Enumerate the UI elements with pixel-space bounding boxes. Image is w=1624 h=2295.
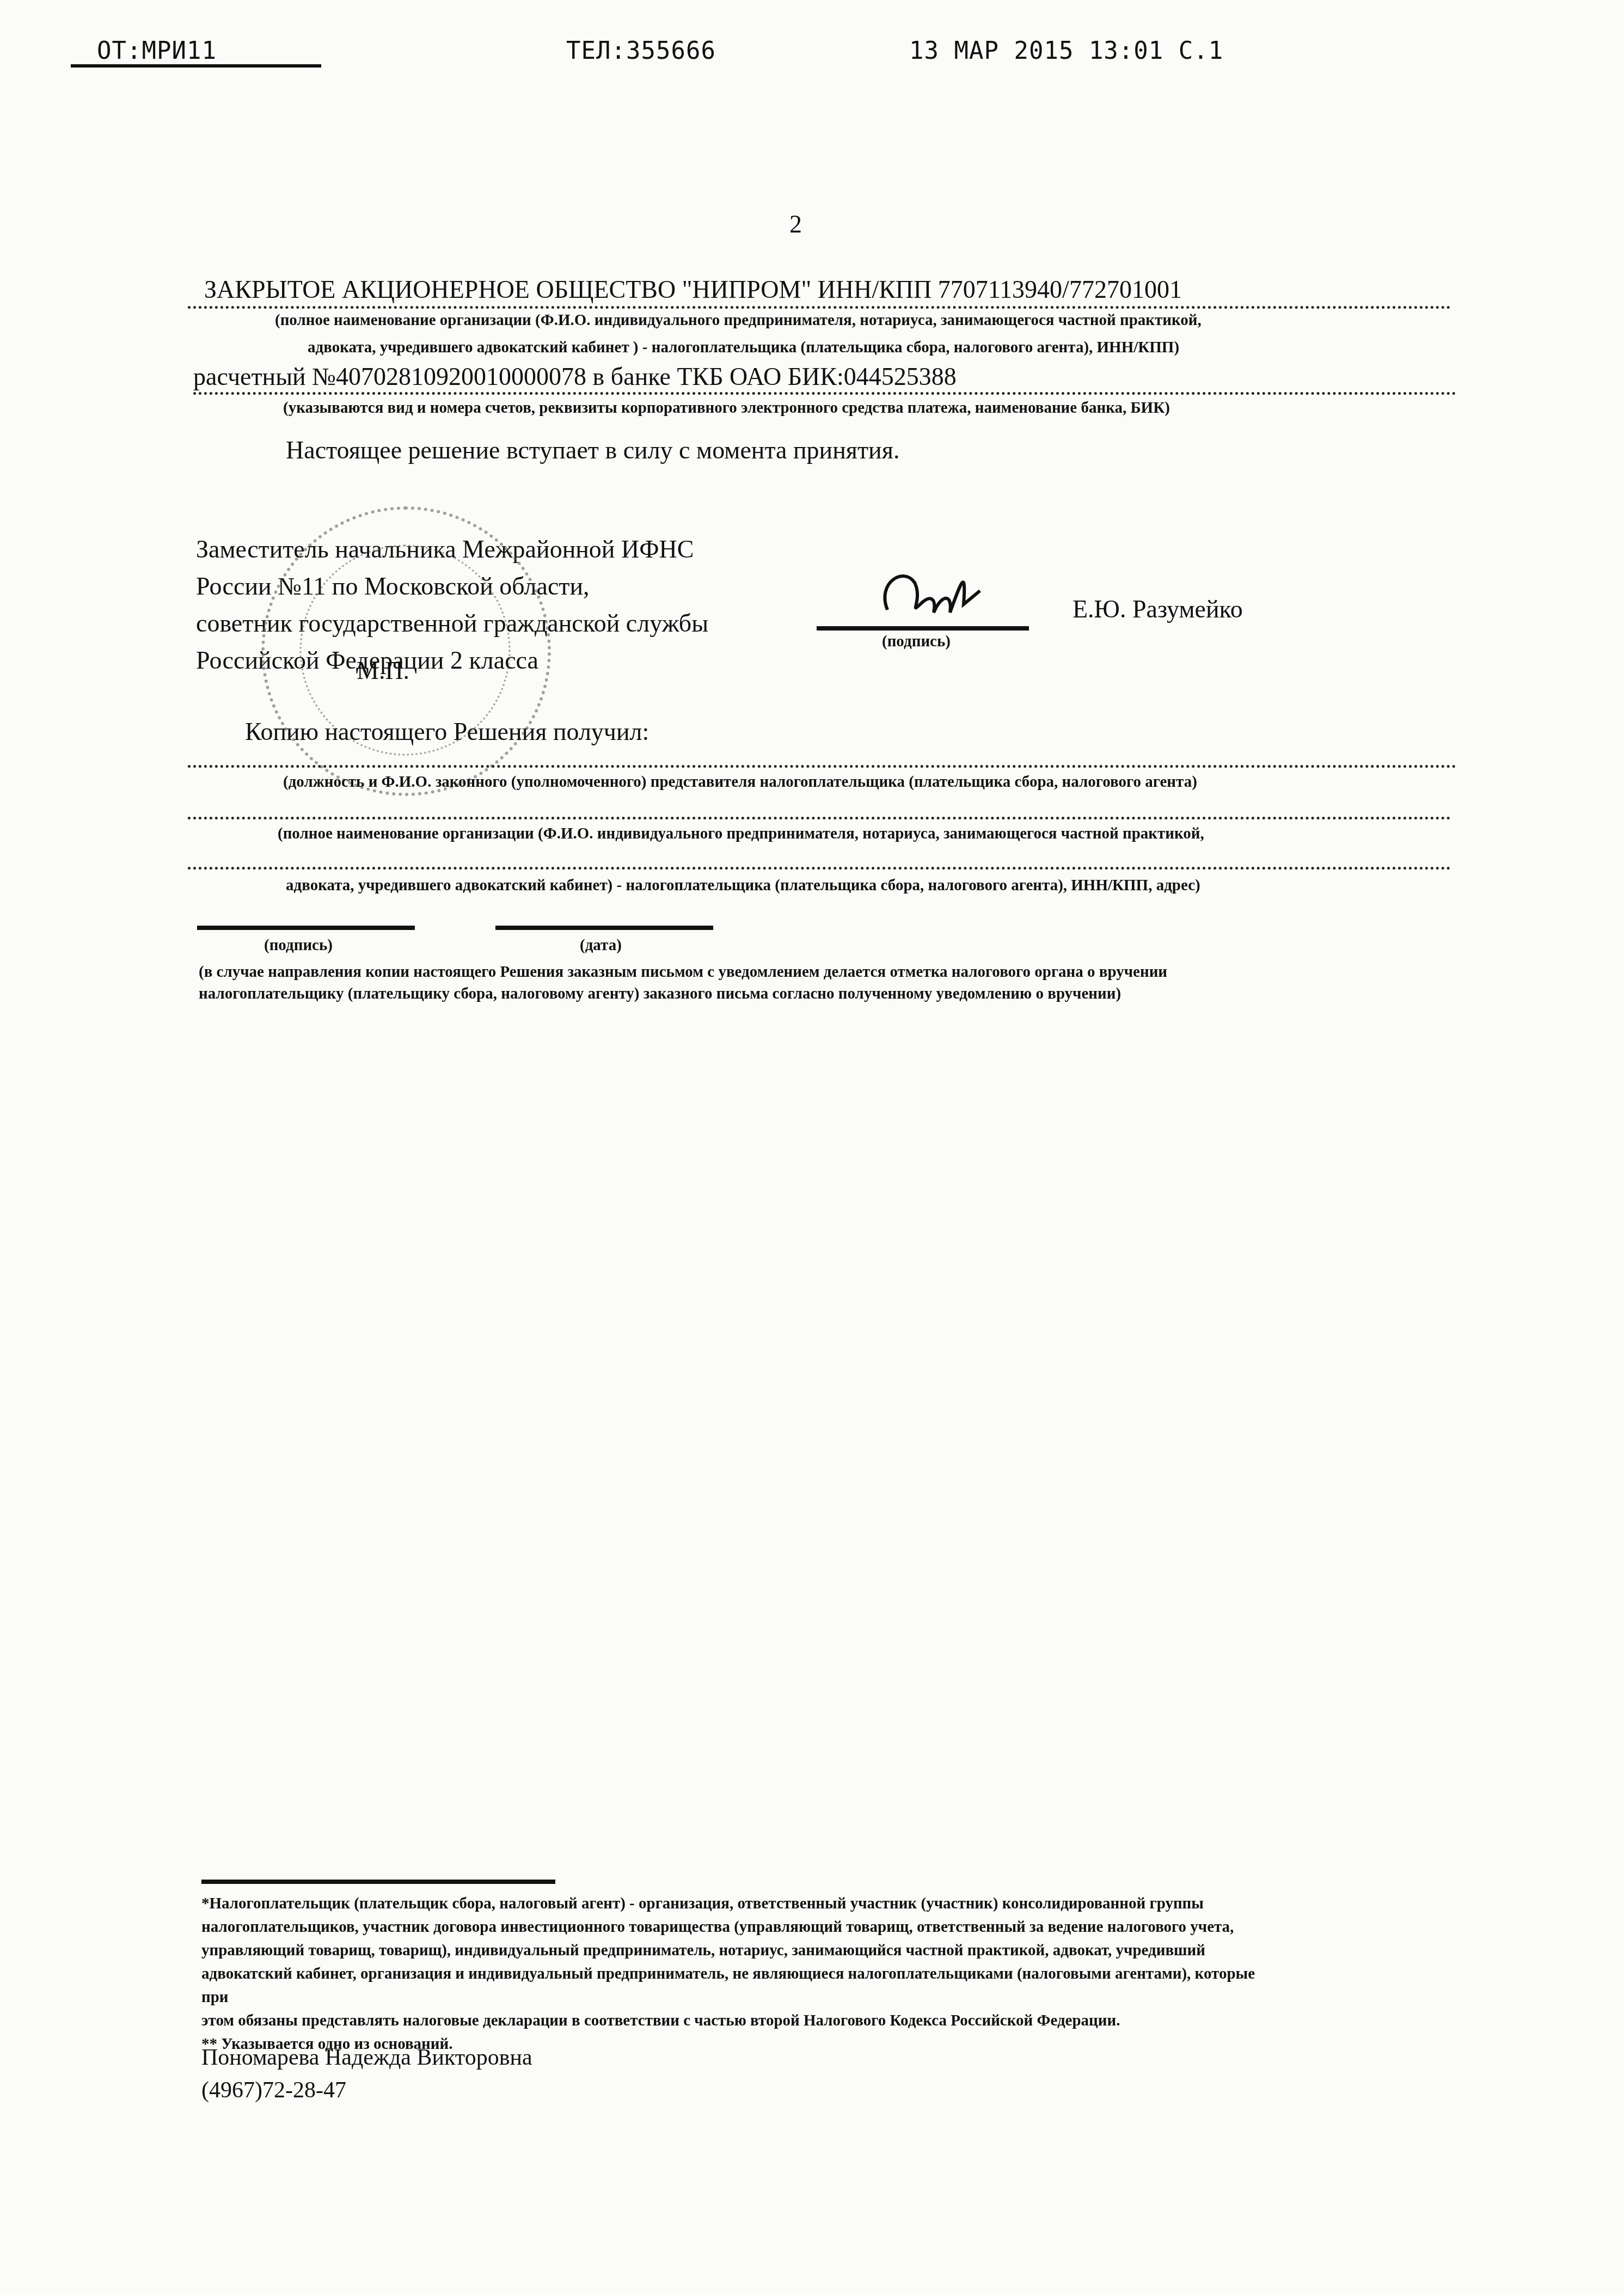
signature-icon — [871, 561, 1013, 632]
receipt-caption-3: адвоката, учредившего адвокатский кабине… — [286, 877, 1200, 895]
fax-phone: ТЕЛ:355666 — [566, 37, 716, 65]
signatory-name: Е.Ю. Разумейко — [1073, 595, 1243, 623]
receipt-caption-2: (полное наименование организации (Ф.И.О.… — [278, 825, 1204, 843]
taxpayer-caption-2: адвоката, учредившего адвокатский кабине… — [308, 339, 1179, 357]
seal-label: М.П. — [357, 656, 409, 685]
executor-phone: (4967)72-28-47 — [201, 2077, 346, 2103]
signature-line — [817, 626, 1029, 631]
footnote-line: *Налогоплательщик (плательщик сбора, нал… — [201, 1892, 1255, 1915]
executor-name: Пономарева Надежда Викторовна — [201, 2045, 532, 2071]
footnote-line: налогоплательщиков, участник договора ин… — [201, 1915, 1255, 1939]
fax-sender-underline — [71, 64, 321, 68]
receipt-note: (в случае направления копии настоящего Р… — [199, 961, 1167, 1005]
receipt-date-line — [495, 926, 713, 930]
account-line: расчетный №40702810920010000078 в банке … — [193, 362, 957, 391]
footnote-line: этом обязаны представлять налоговые декл… — [201, 2009, 1255, 2033]
footnote-line: управляющий товарищ, товарищ), индивидуа… — [201, 1939, 1255, 1962]
receipt-note-line: (в случае направления копии настоящего Р… — [199, 961, 1167, 983]
receipt-sign-caption: (подпись) — [264, 937, 333, 954]
footnote-line: адвокатский кабинет, организация и индив… — [201, 1962, 1255, 1986]
receipt-caption-1: (должность и Ф.И.О. законного (уполномоч… — [283, 773, 1197, 791]
footnotes: *Налогоплательщик (плательщик сбора, нал… — [201, 1892, 1255, 2056]
fax-sender: ОТ:МРИ11 — [97, 37, 217, 65]
receipt-heading: Копию настоящего Решения получил: — [245, 717, 649, 746]
effective-statement: Настоящее решение вступает в силу с моме… — [286, 436, 899, 464]
account-line-underline — [193, 392, 1456, 398]
signature-caption: (подпись) — [882, 633, 951, 651]
footnote-separator — [201, 1880, 555, 1884]
receipt-line-3 — [188, 867, 1451, 873]
receipt-sign-line — [197, 926, 415, 930]
taxpayer-name: ЗАКРЫТОЕ АКЦИОНЕРНОЕ ОБЩЕСТВО "НИПРОМ" И… — [204, 275, 1182, 304]
receipt-date-caption: (дата) — [580, 937, 622, 954]
fax-datetime: 13 МАР 2015 13:01 С.1 — [909, 37, 1223, 65]
taxpayer-caption-1: (полное наименование организации (Ф.И.О.… — [275, 311, 1202, 329]
account-caption: (указываются вид и номера счетов, реквиз… — [283, 399, 1170, 417]
official-seal — [261, 506, 551, 796]
page-number: 2 — [789, 210, 802, 238]
footnote-line: при — [201, 1986, 1255, 2009]
receipt-note-line: налогоплательщику (плательщику сбора, на… — [199, 983, 1167, 1005]
receipt-line-2 — [188, 817, 1451, 823]
receipt-line-1 — [188, 765, 1456, 771]
